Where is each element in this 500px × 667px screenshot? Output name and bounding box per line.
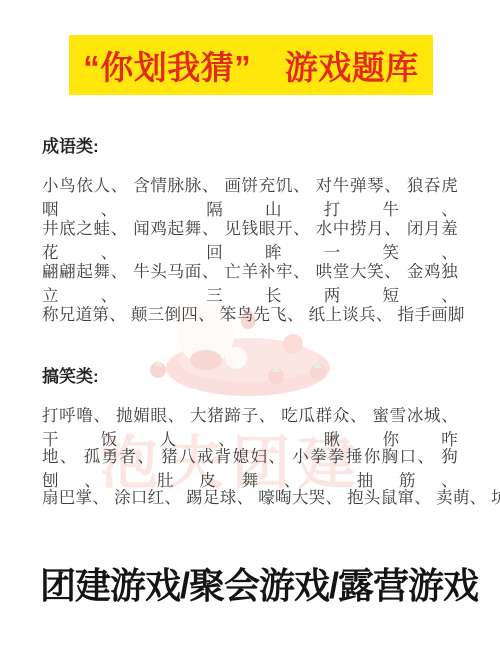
funny-line-1: 打呼噜、 抛媚眼、 大猪蹄子、 吃瓜群众、 蜜雪冰城、 干饭人、 瞅你咋 (42, 402, 458, 422)
banner-title: “你划我猜” 游戏题库 (83, 42, 419, 89)
poster-page: 泡夫团建 “你划我猜” 游戏题库 成语类: 小鸟依人、 含情脉脉、 画饼充饥、 … (0, 0, 500, 667)
funny-line-3: 扇巴掌、 涂口红、 踢足球、 嚎啕大哭、 抱头鼠窜、 卖萌、 坑爹 (42, 484, 458, 504)
funny-heading: 搞笑类: (42, 362, 458, 387)
title-banner: “你划我猜” 游戏题库 (69, 35, 433, 95)
idioms-line-3: 翩翩起舞、 牛头马面、 亡羊补牢、 哄堂大笑、 金鸡独立、 三长两短、 (42, 258, 458, 278)
idioms-line-4: 称兄道第、 颠三倒四、 笨鸟先飞、 纸上谈兵、 指手画脚 (42, 301, 458, 321)
funny-line-2: 地、 孤勇者、 猪八戒背媳妇、 小拳拳捶你胸口、 狗刨、 肚皮舞、 抽筋、 (42, 443, 458, 463)
idioms-line-2: 井底之蛙、 闻鸡起舞、 见钱眼开、 水中捞月、 闭月羞花、 回眸一笑、 (42, 215, 458, 235)
idioms-line-1: 小鸟依人、 含情脉脉、 画饼充饥、 对牛弹琴、 狼吞虎咽、 隔山打牛、 (42, 172, 458, 192)
idioms-heading: 成语类: (42, 132, 458, 157)
funny-section: 搞笑类: 打呼噜、 抛媚眼、 大猪蹄子、 吃瓜群众、 蜜雪冰城、 干饭人、 瞅你… (42, 362, 458, 525)
footer-title: 团建游戏/聚会游戏/露营游戏 (40, 558, 460, 609)
idioms-section: 成语类: 小鸟依人、 含情脉脉、 画饼充饥、 对牛弹琴、 狼吞虎咽、 隔山打牛、… (42, 132, 458, 344)
